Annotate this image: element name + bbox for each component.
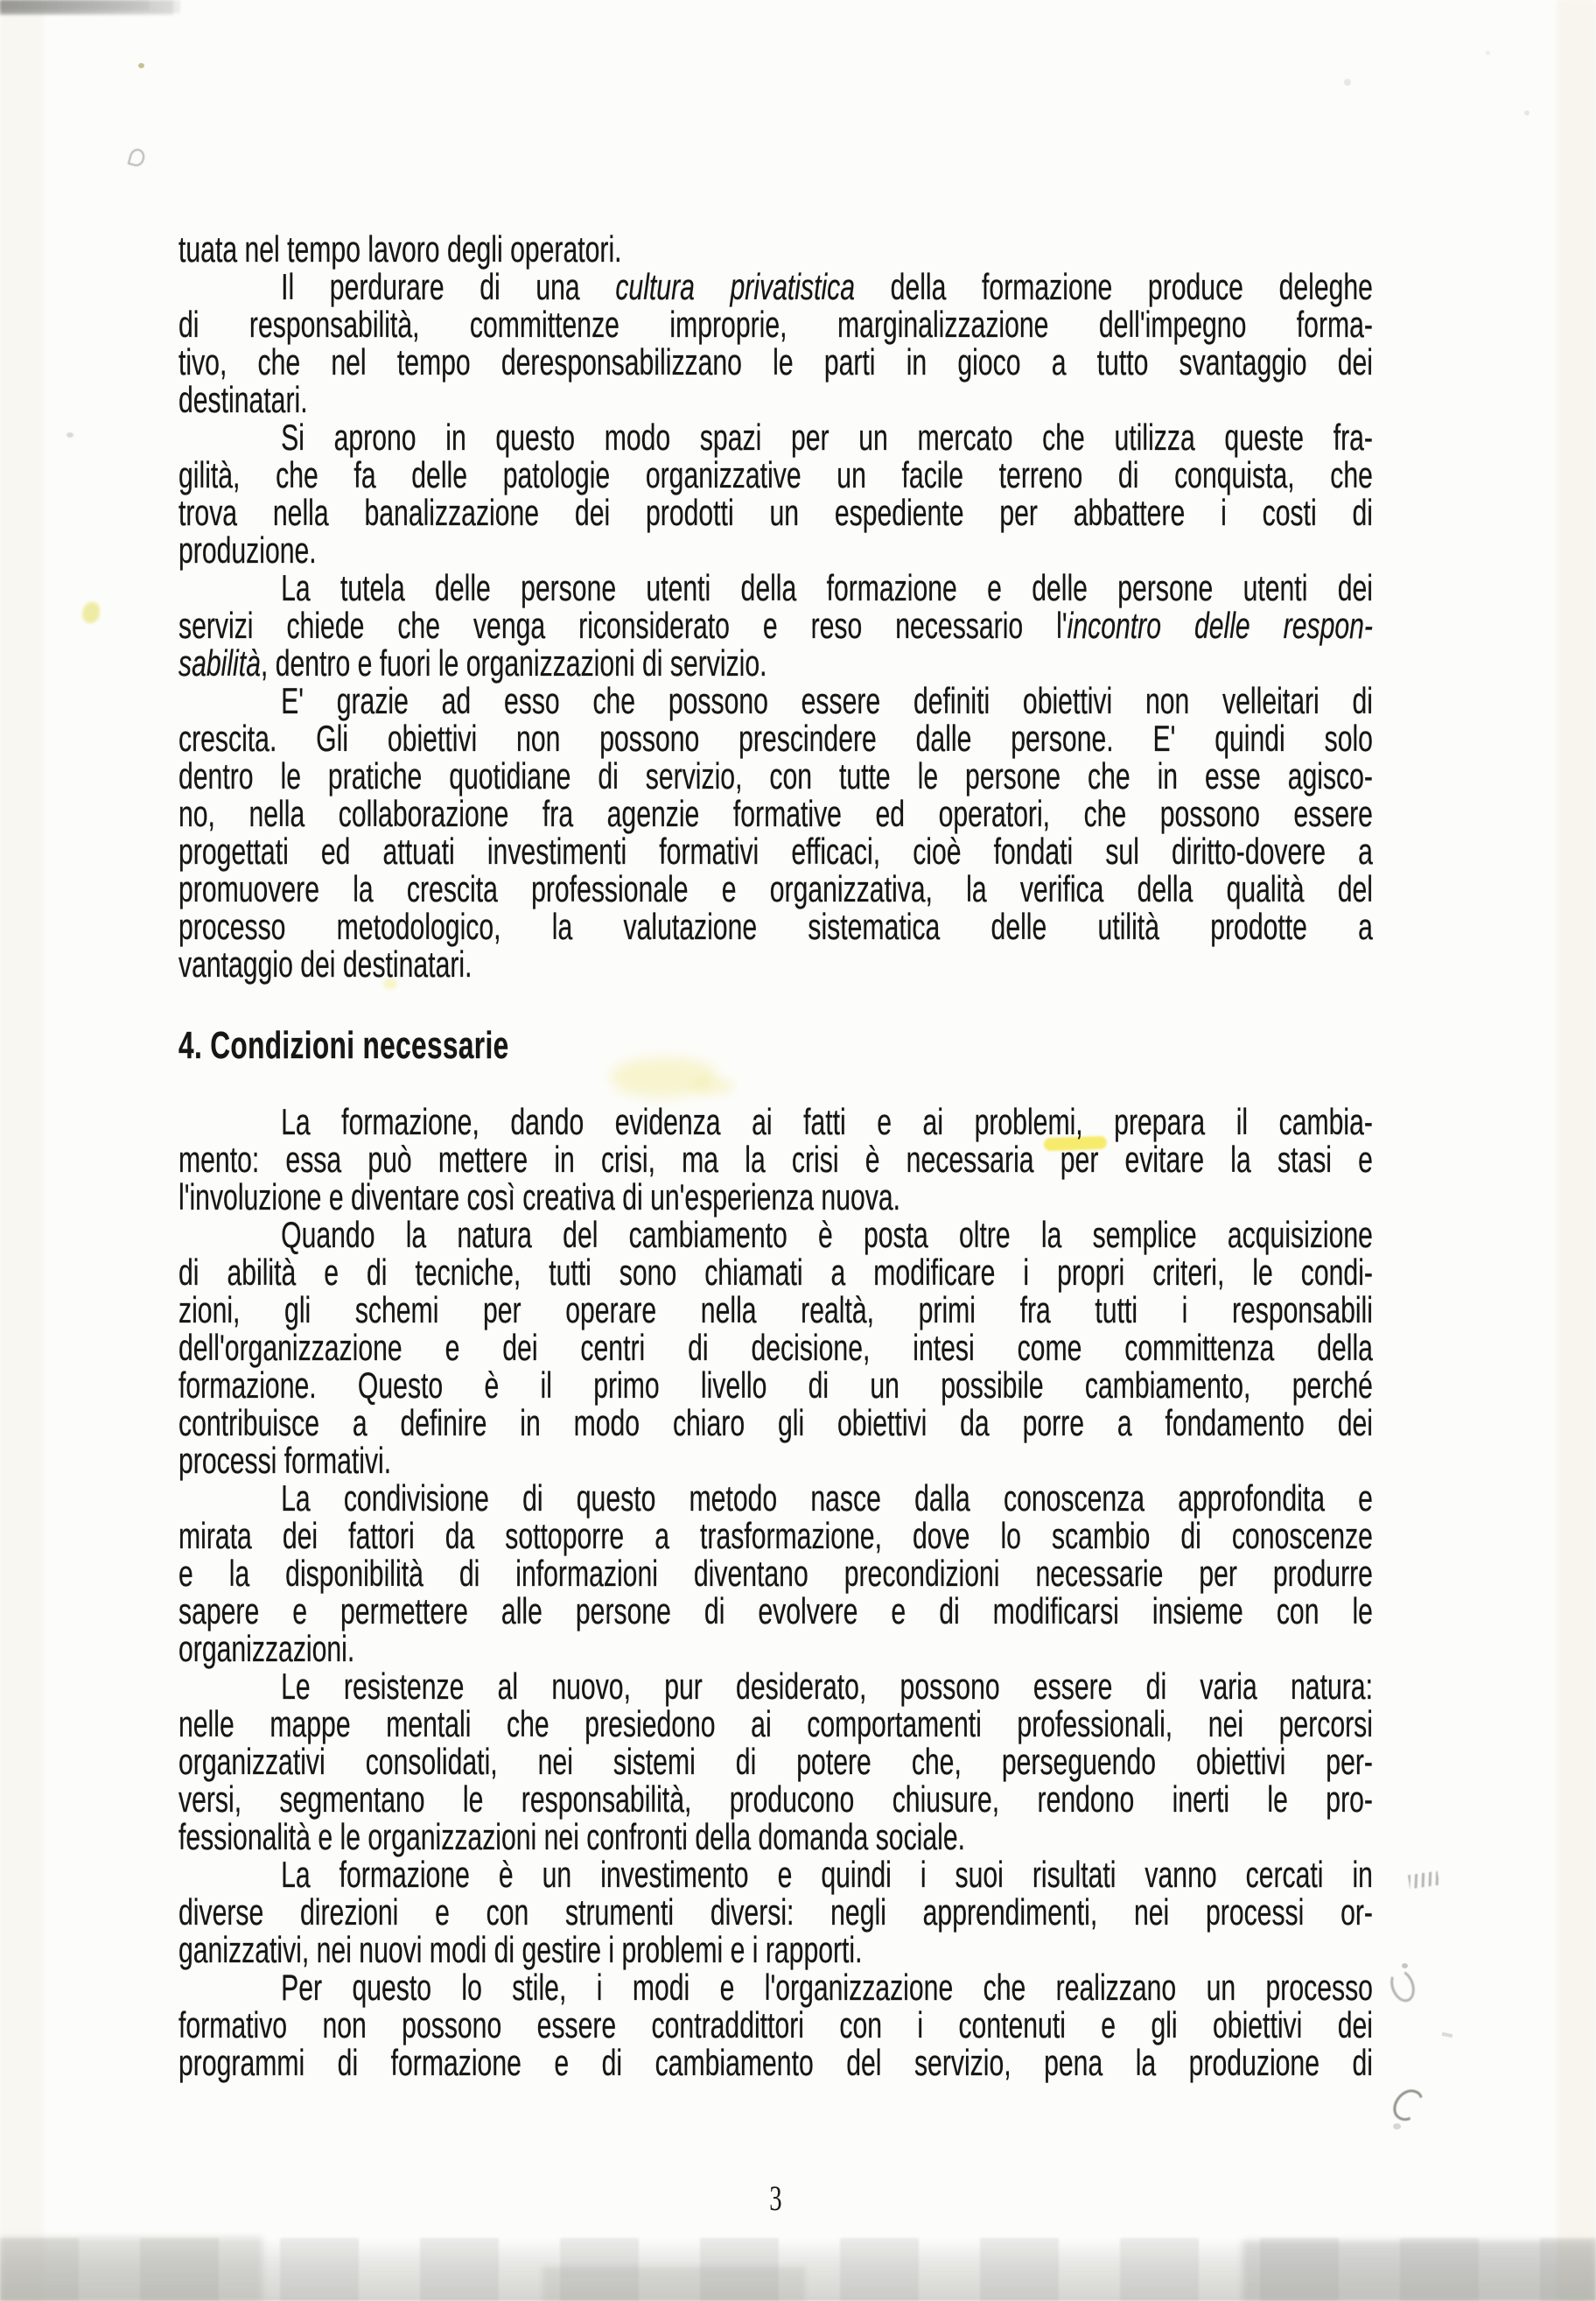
text-line: versi, segmentano le responsabilità, pro… (178, 1780, 1373, 1818)
text-line: nelle mappe mentali che presiedono ai co… (178, 1705, 1373, 1743)
text-run: processo metodologico, la valutazione si… (178, 906, 1373, 947)
text-run: La condivisione di questo metodo nasce d… (281, 1477, 1373, 1519)
text-run: versi, segmentano le responsabilità, pro… (178, 1778, 1373, 1820)
text-line: Le resistenze al nuovo, pur desiderato, … (178, 1667, 1373, 1705)
text-line: formazione. Questo è il primo livello di… (178, 1366, 1373, 1404)
scan-artifact (1386, 1967, 1418, 2006)
text-line: crescita. Gli obiettivi non possono pres… (178, 719, 1373, 757)
text-line: La formazione, dando evidenza ai fatti e… (178, 1103, 1373, 1140)
text-run: servizi chiede che venga riconsiderato e… (178, 605, 1067, 646)
text-run: produzione. (178, 530, 317, 571)
scan-artifact (1524, 110, 1529, 116)
text-line: l'involuzione e diventare così creativa … (178, 1178, 1373, 1216)
text-line: di responsabilità, committenze improprie… (178, 305, 1373, 343)
text-run: vantaggio dei destinatari. (178, 944, 472, 985)
text-run: zioni, gli schemi per operare nella real… (178, 1289, 1373, 1330)
text-line: di abilità e di tecniche, tutti sono chi… (178, 1253, 1373, 1291)
text-line: ganizzativi, nei nuovi modi di gestire i… (178, 1931, 1373, 1968)
text-line: promuovere la crescita professionale e o… (178, 870, 1373, 908)
text-run: formativo non possono essere contradditt… (178, 2004, 1373, 2045)
text-run: di responsabilità, committenze improprie… (178, 304, 1373, 345)
text-line: no, nella collaborazione fra agenzie for… (178, 795, 1373, 832)
text-run: nelle mappe mentali che presiedono ai co… (178, 1703, 1373, 1744)
scan-smudge-streak (0, 0, 173, 15)
text-run: La tutela delle persone utenti della for… (281, 567, 1373, 608)
text-line: dentro le pratiche quotidiane di servizi… (178, 757, 1373, 795)
italic-text-run: cultura privatistica (615, 266, 855, 307)
text-run: Si aprono in questo modo spazi per un me… (281, 417, 1373, 458)
text-line: dell'organizzazione e dei centri di deci… (178, 1329, 1373, 1366)
text-run: Quando la natura del cambiamento è posta… (281, 1214, 1373, 1255)
text-run: fessionalità e le organizzazioni nei con… (178, 1816, 965, 1857)
document-flow: tuata nel tempo lavoro degli operatori.I… (178, 230, 1373, 2081)
scan-artifact (138, 63, 144, 68)
document-body: tuata nel tempo lavoro degli operatori.I… (178, 0, 1373, 2217)
paper-edge-tint-left (0, 0, 44, 2301)
text-line: contribuisce a definire in modo chiaro g… (178, 1404, 1373, 1442)
scan-artifact (1402, 1963, 1408, 1968)
text-run: Le resistenze al nuovo, pur desiderato, … (281, 1666, 1373, 1707)
paragraph: Si aprono in questo modo spazi per un me… (178, 418, 1373, 569)
text-line: vantaggio dei destinatari. (178, 945, 1373, 983)
text-run: l'involuzione e diventare così creativa … (178, 1176, 900, 1217)
text-line: fessionalità e le organizzazioni nei con… (178, 1818, 1373, 1856)
text-line: gilità, che fa delle patologie organizza… (178, 456, 1373, 494)
text-run: della formazione produce deleghe (855, 266, 1373, 307)
text-line: e la disponibilità di informazioni diven… (178, 1554, 1373, 1592)
text-line: processi formativi. (178, 1442, 1373, 1479)
text-run: organizzativi consolidati, nei sistemi d… (178, 1741, 1373, 1782)
text-run: dentro le pratiche quotidiane di servizi… (178, 755, 1373, 796)
text-run: e la disponibilità di informazioni diven… (178, 1553, 1373, 1594)
text-line: destinatari. (178, 381, 1373, 418)
text-line: sapere e permettere alle persone di evol… (178, 1592, 1373, 1630)
text-line: La condivisione di questo metodo nasce d… (178, 1479, 1373, 1517)
scan-artifact (128, 147, 147, 168)
scan-artifact (1486, 51, 1490, 55)
text-run: destinatari. (178, 379, 308, 420)
text-run: promuovere la crescita professionale e o… (178, 868, 1373, 909)
paragraph: tuata nel tempo lavoro degli operatori. (178, 230, 1373, 268)
highlighter-speck (82, 602, 100, 623)
text-line: progettati ed attuati investimenti forma… (178, 832, 1373, 870)
text-line: produzione. (178, 531, 1373, 569)
text-run: progettati ed attuati investimenti forma… (178, 831, 1373, 872)
text-run: diverse direzioni e con strumenti divers… (178, 1891, 1373, 1933)
paragraph: La condivisione di questo metodo nasce d… (178, 1479, 1373, 1667)
text-line: La formazione è un investimento e quindi… (178, 1856, 1373, 1893)
scan-smudge-streak (0, 0, 149, 10)
paragraph: Quando la natura del cambiamento è posta… (178, 1216, 1373, 1479)
paragraph: Le resistenze al nuovo, pur desiderato, … (178, 1667, 1373, 1856)
text-run: crescita. Gli obiettivi non possono pres… (178, 718, 1373, 759)
text-line: processo metodologico, la valutazione si… (178, 908, 1373, 945)
text-line: sabilità, dentro e fuori le organizzazio… (178, 644, 1373, 682)
scan-artifact (1242, 2241, 1596, 2301)
text-line: Il perdurare di una cultura privatistica… (178, 268, 1373, 305)
text-run: mirata dei fattori da sottoporre a trasf… (178, 1515, 1373, 1556)
scan-smudge-streak (0, 0, 180, 13)
scan-artifact (0, 2237, 262, 2301)
text-run: tuata nel tempo lavoro degli operatori. (178, 228, 622, 270)
paragraph: Per questo lo stile, i modi e l'organizz… (178, 1968, 1373, 2081)
paragraph: Il perdurare di una cultura privatistica… (178, 268, 1373, 418)
text-line: diverse direzioni e con strumenti divers… (178, 1893, 1373, 1931)
scanner-bottom-band (0, 2238, 1596, 2301)
text-run: organizzazioni. (178, 1628, 354, 1669)
scan-artifact (1389, 2084, 1426, 2125)
scan-artifact (66, 432, 73, 438)
text-run: programmi di formazione e di cambiamento… (178, 2042, 1373, 2083)
text-run: ganizzativi, nei nuovi modi di gestire i… (178, 1929, 863, 1970)
text-line: tuata nel tempo lavoro degli operatori. (178, 230, 1373, 268)
paper-edge-tint-right (1557, 0, 1596, 2301)
text-run: sapere e permettere alle persone di evol… (178, 1590, 1373, 1631)
text-run: La formazione è un investimento e quindi… (281, 1854, 1373, 1895)
text-line: formativo non possono essere contradditt… (178, 2006, 1373, 2044)
paragraph: La formazione, dando evidenza ai fatti e… (178, 1103, 1373, 1216)
page-number: 3 (178, 2179, 1373, 2217)
text-line: organizzativi consolidati, nei sistemi d… (178, 1743, 1373, 1780)
text-line: La tutela delle persone utenti della for… (178, 569, 1373, 607)
text-line: tivo, che nel tempo deresponsabilizzano … (178, 343, 1373, 381)
text-run: trova nella banalizzazione dei prodotti … (178, 492, 1373, 533)
scan-artifact (1393, 2123, 1401, 2129)
text-run: , dentro e fuori le organizzazioni di se… (261, 642, 767, 684)
paragraph: La formazione è un investimento e quindi… (178, 1856, 1373, 1968)
text-line: servizi chiede che venga riconsiderato e… (178, 607, 1373, 644)
scan-artifact (1408, 1871, 1439, 1890)
text-line: Si aprono in questo modo spazi per un me… (178, 418, 1373, 456)
text-run: mento: essa può mettere in crisi, ma la … (178, 1139, 1373, 1180)
scan-artifact (542, 2267, 805, 2301)
text-run: tivo, che nel tempo deresponsabilizzano … (178, 341, 1373, 382)
text-run: formazione. Questo è il primo livello di… (178, 1364, 1373, 1406)
text-line: organizzazioni. (178, 1630, 1373, 1667)
text-line: trova nella banalizzazione dei prodotti … (178, 494, 1373, 531)
text-line: mirata dei fattori da sottoporre a trasf… (178, 1517, 1373, 1554)
text-run: contribuisce a definire in modo chiaro g… (178, 1402, 1373, 1443)
italic-text-run: sabilità (178, 642, 261, 684)
text-run: di abilità e di tecniche, tutti sono chi… (178, 1252, 1373, 1293)
text-line: Per questo lo stile, i modi e l'organizz… (178, 1968, 1373, 2006)
scan-artifact (1442, 2032, 1453, 2038)
text-line: mento: essa può mettere in crisi, ma la … (178, 1140, 1373, 1178)
text-run: gilità, che fa delle patologie organizza… (178, 454, 1373, 495)
text-line: E' grazie ad esso che possono essere def… (178, 682, 1373, 719)
scanned-page: { "document": { "language": "it", "headi… (0, 0, 1596, 2301)
text-run: dell'organizzazione e dei centri di deci… (178, 1327, 1373, 1368)
section-heading: 4. Condizioni necessarie (178, 1027, 1373, 1064)
text-run: Per questo lo stile, i modi e l'organizz… (281, 1967, 1373, 2008)
text-run: Il perdurare di una (281, 266, 615, 307)
text-run: La formazione, dando evidenza ai fatti e… (281, 1101, 1373, 1142)
text-line: Quando la natura del cambiamento è posta… (178, 1216, 1373, 1253)
paragraph: E' grazie ad esso che possono essere def… (178, 682, 1373, 983)
text-run: processi formativi. (178, 1440, 391, 1481)
text-run: E' grazie ad esso che possono essere def… (281, 680, 1373, 721)
text-run: no, nella collaborazione fra agenzie for… (178, 793, 1373, 834)
italic-text-run: incontro delle respon- (1067, 605, 1373, 646)
text-line: programmi di formazione e di cambiamento… (178, 2044, 1373, 2081)
text-line: zioni, gli schemi per operare nella real… (178, 1291, 1373, 1329)
paragraph: La tutela delle persone utenti della for… (178, 569, 1373, 682)
